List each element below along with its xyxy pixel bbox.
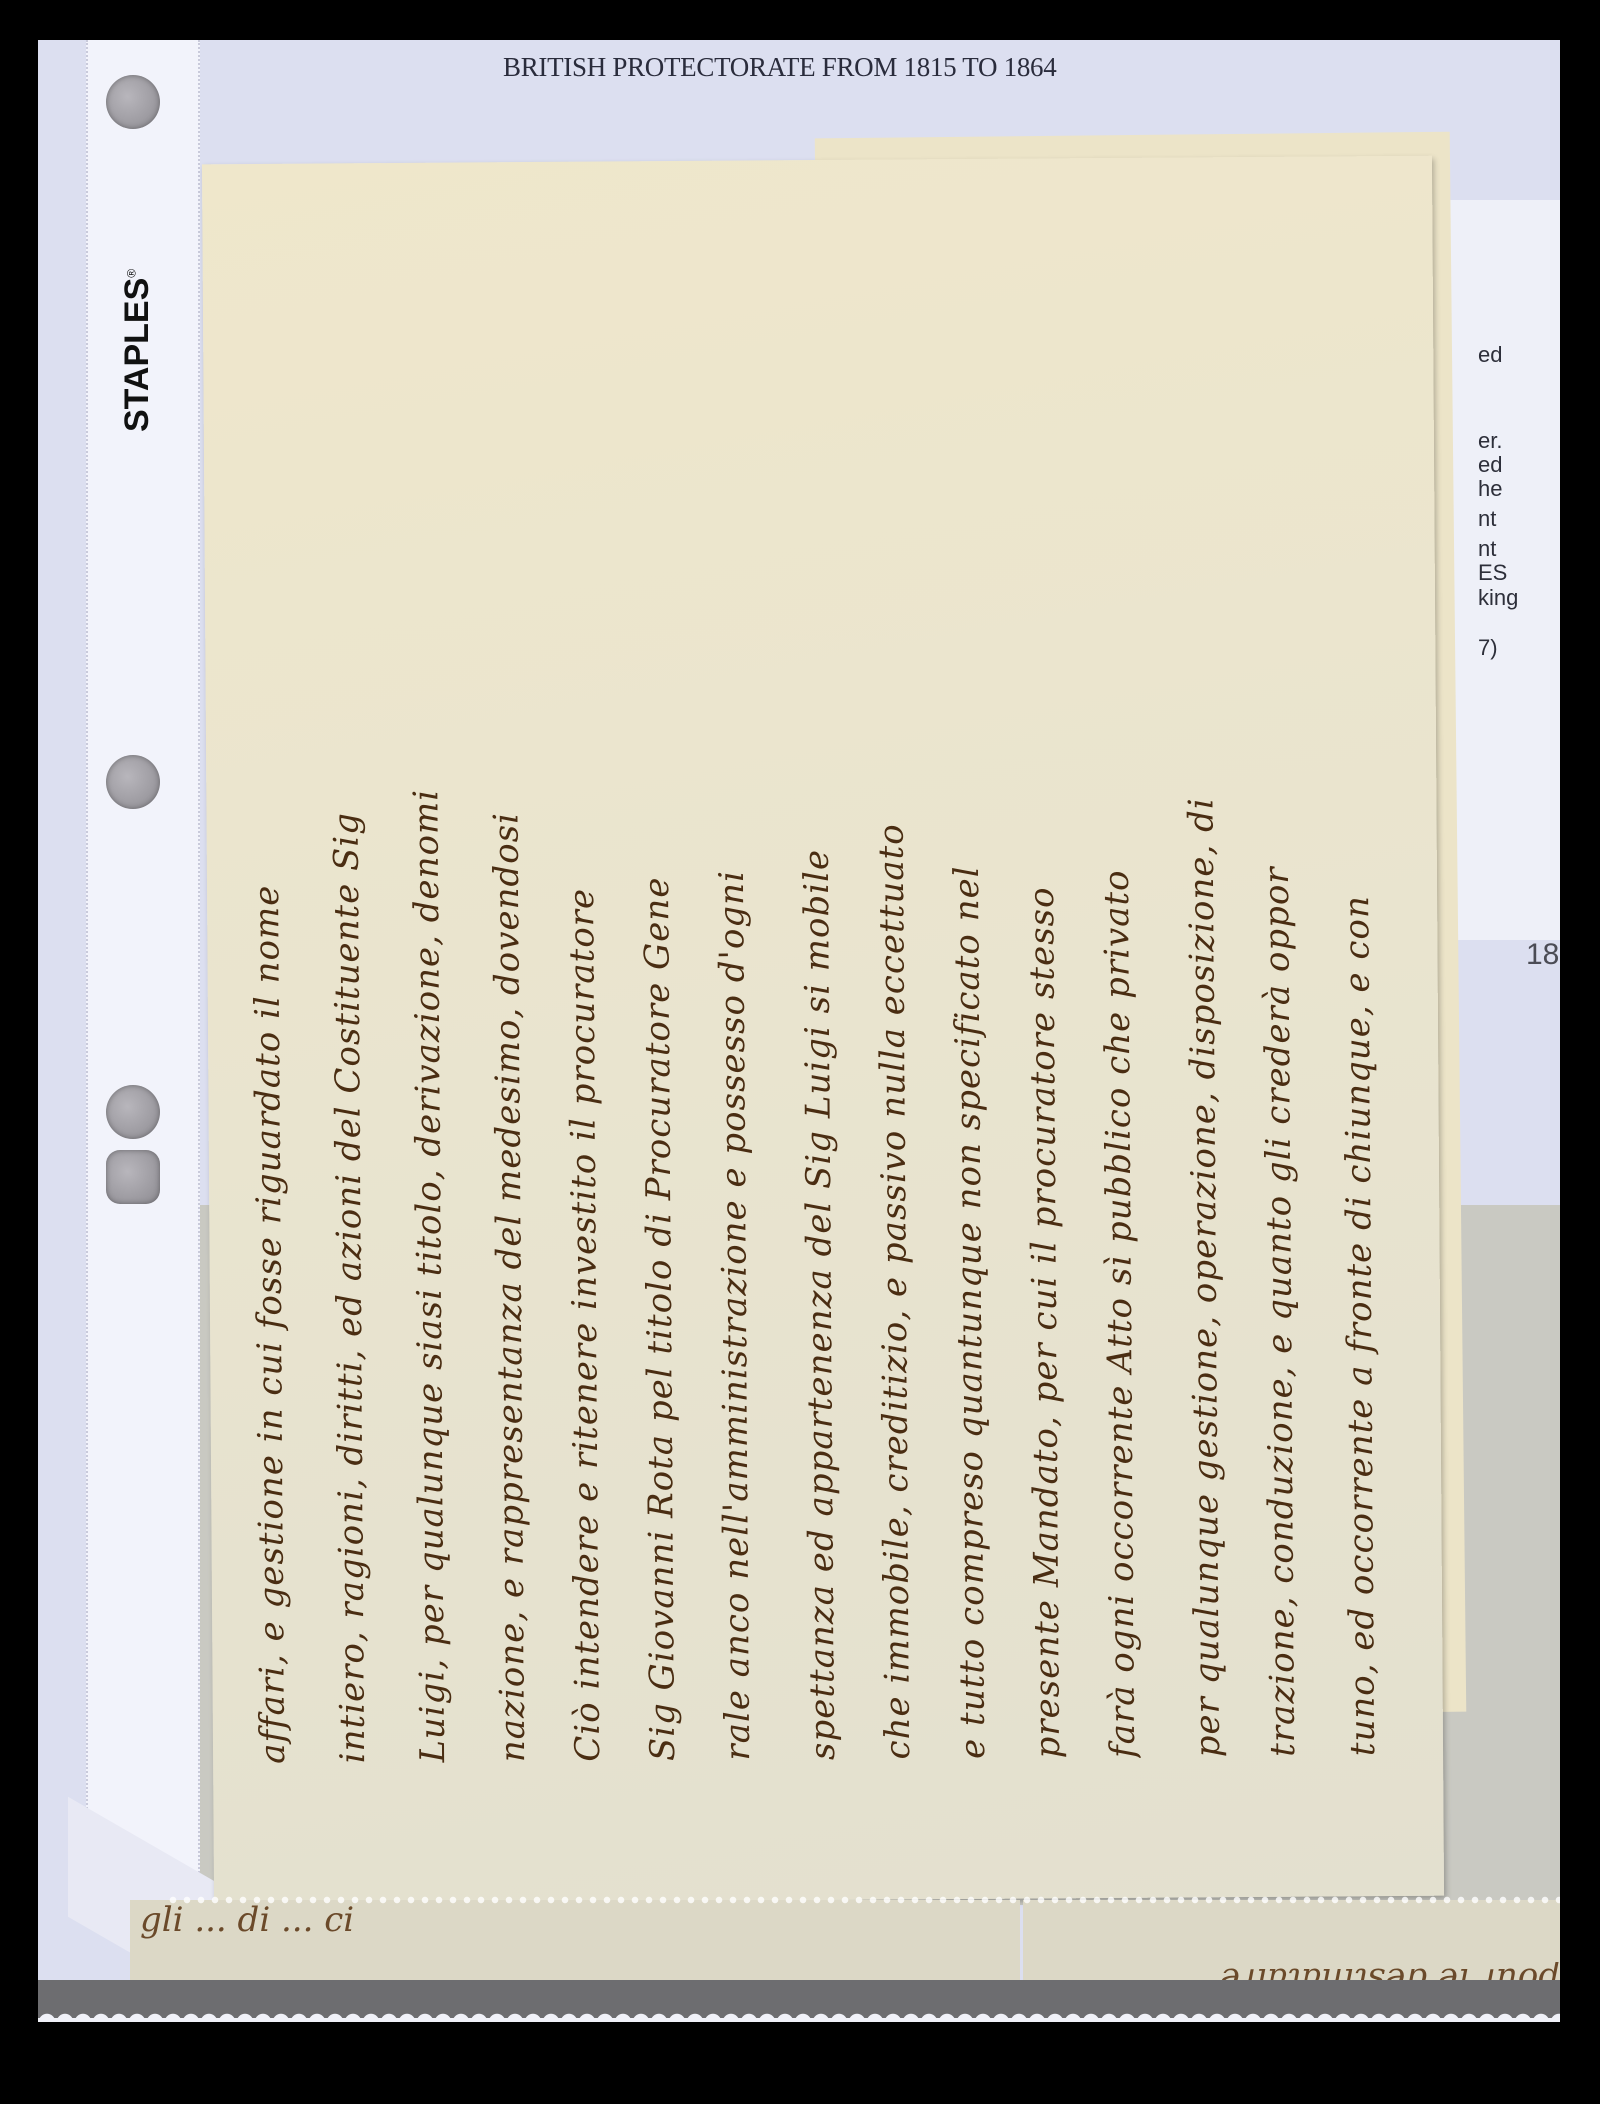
punch-hole bbox=[106, 75, 160, 129]
punch-hole bbox=[106, 1085, 160, 1139]
letter-line: intiero, ragioni, diritti, ed azioni del… bbox=[322, 203, 393, 1763]
letter-line: presente Mandato, per cui il procuratore… bbox=[1017, 198, 1088, 1758]
letter-line: e tutto compreso quantunque non specific… bbox=[942, 199, 1013, 1759]
album-page: BRITISH PROTECTORATE FROM 1815 TO 1864 e… bbox=[38, 40, 1560, 2022]
pocket-seam bbox=[166, 1895, 1560, 1905]
letter-line: che immobile, creditizio, e passivo null… bbox=[867, 199, 938, 1759]
binder-strip: STAPLES® bbox=[86, 40, 200, 1900]
punch-hole bbox=[106, 755, 160, 809]
brand-logo: STAPLES® bbox=[118, 269, 157, 432]
info-fragment: er. bbox=[1478, 428, 1502, 454]
letter-line: tuno, ed occorrente a fronte di chiunque… bbox=[1332, 196, 1403, 1756]
info-fragment: ES bbox=[1478, 560, 1507, 586]
page-base bbox=[38, 2018, 1560, 2022]
info-fragment: 7) bbox=[1478, 635, 1498, 661]
handwritten-letter: affari, e gestione in cui fosse riguarda… bbox=[202, 156, 1444, 1905]
letter-line: nazione, e rappresentanza del medesimo, … bbox=[482, 202, 553, 1762]
info-fragment: king bbox=[1478, 585, 1518, 611]
info-fragment: nt bbox=[1478, 506, 1496, 532]
info-fragment: nt bbox=[1478, 536, 1496, 562]
letter-line: rale anco nell'amministrazione e possess… bbox=[707, 200, 778, 1760]
letter-line: Luigi, per qualunque siasi titolo, deriv… bbox=[402, 202, 473, 1762]
page-title: BRITISH PROTECTORATE FROM 1815 TO 1864 bbox=[503, 52, 1056, 83]
punch-hole bbox=[106, 1150, 160, 1204]
info-fragment: ed bbox=[1478, 452, 1502, 478]
letter-line: Ciò intendere e ritenere investito il pr… bbox=[557, 201, 628, 1761]
pencil-note: 18 bbox=[1526, 938, 1559, 972]
info-fragment: he bbox=[1478, 476, 1502, 502]
info-fragment: ed bbox=[1478, 342, 1502, 368]
letter-line: affari, e gestione in cui fosse riguarda… bbox=[242, 204, 313, 1764]
letter-line: trazione, conduzione, e quanto gli crede… bbox=[1252, 197, 1323, 1757]
letter-line: spettanza ed appartenenza del Sig Luigi … bbox=[792, 200, 863, 1760]
letter-line: per qualunque gestione, operazione, disp… bbox=[1177, 197, 1248, 1757]
letter-line: Sig Giovanni Rota pel titolo di Procurat… bbox=[632, 201, 703, 1761]
letter-line: farà ogni occorrente Atto sì pubblico ch… bbox=[1092, 198, 1163, 1758]
